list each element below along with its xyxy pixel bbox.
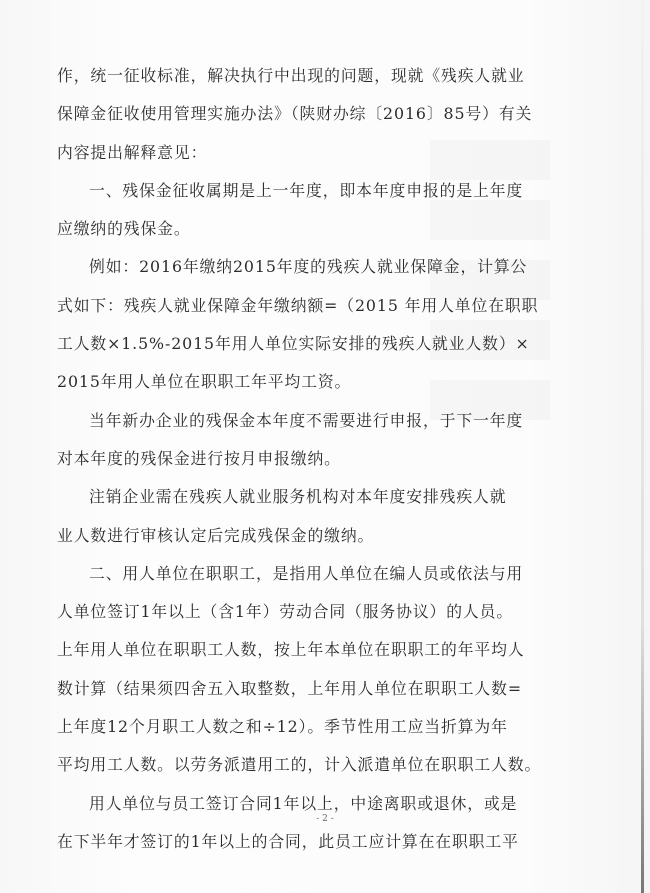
- text-line: 数计算（结果须四舍五入取整数，上年用人单位在职职工人数=: [57, 670, 527, 708]
- document-page: 作，统一征收标准，解决执行中出现的问题，现就《残疾人就业 保障金征收使用管理实施…: [0, 0, 650, 893]
- section-one-paragraph: 一、残保金征收属期是上一年度，即本年度申报的是上年度: [57, 172, 527, 210]
- new-enterprise-paragraph: 当年新办企业的残保金本年度不需要进行申报，于下一年度: [57, 402, 527, 440]
- text-line: 作，统一征收标准，解决执行中出现的问题，现就《残疾人就业: [57, 57, 527, 95]
- text-line: 上年度12个月职工人数之和÷12）。季节性用工应当折算为年: [57, 708, 527, 746]
- formula-line: 式如下：残疾人就业保障金年缴纳额=（2015 年用人单位在职职: [57, 287, 527, 325]
- page-edge-shadow: [641, 0, 644, 893]
- formula-line: 工人数×1.5%-2015年用人单位实际安排的残疾人就业人数）×: [57, 325, 527, 363]
- text-line: 人单位签订1年以上（含1年）劳动合同（服务协议）的人员。: [57, 593, 527, 631]
- example-paragraph: 例如：2016年缴纳2015年度的残疾人就业保障金，计算公: [57, 248, 527, 286]
- section-two-paragraph: 二、用人单位在职职工，是指用人单位在编人员或依法与用: [57, 555, 527, 593]
- text-line: 对本年度的残保金进行按月申报缴纳。: [57, 440, 527, 478]
- formula-line: 2015年用人单位在职职工年平均工资。: [57, 363, 527, 401]
- page-number: - 2 -: [0, 814, 650, 824]
- text-line: 上年用人单位在职职工人数，按上年本单位在职职工的年平均人: [57, 631, 527, 669]
- text-line: 应缴纳的残保金。: [57, 210, 527, 248]
- text-line: 在下半年才签订的1年以上的合同，此员工应计算在在职职工平: [57, 823, 527, 861]
- document-body: 作，统一征收标准，解决执行中出现的问题，现就《残疾人就业 保障金征收使用管理实施…: [57, 57, 527, 861]
- deregistration-paragraph: 注销企业需在残疾人就业服务机构对本年度安排残疾人就: [57, 478, 527, 516]
- text-line: 平均用工人数。以劳务派遣用工的，计入派遣单位在职职工人数。: [57, 746, 527, 784]
- text-line: 业人数进行审核认定后完成残保金的缴纳。: [57, 517, 527, 555]
- text-line: 内容提出解释意见：: [57, 134, 527, 172]
- text-line: 保障金征收使用管理实施办法》（陕财办综〔2016〕85号）有关: [57, 95, 527, 133]
